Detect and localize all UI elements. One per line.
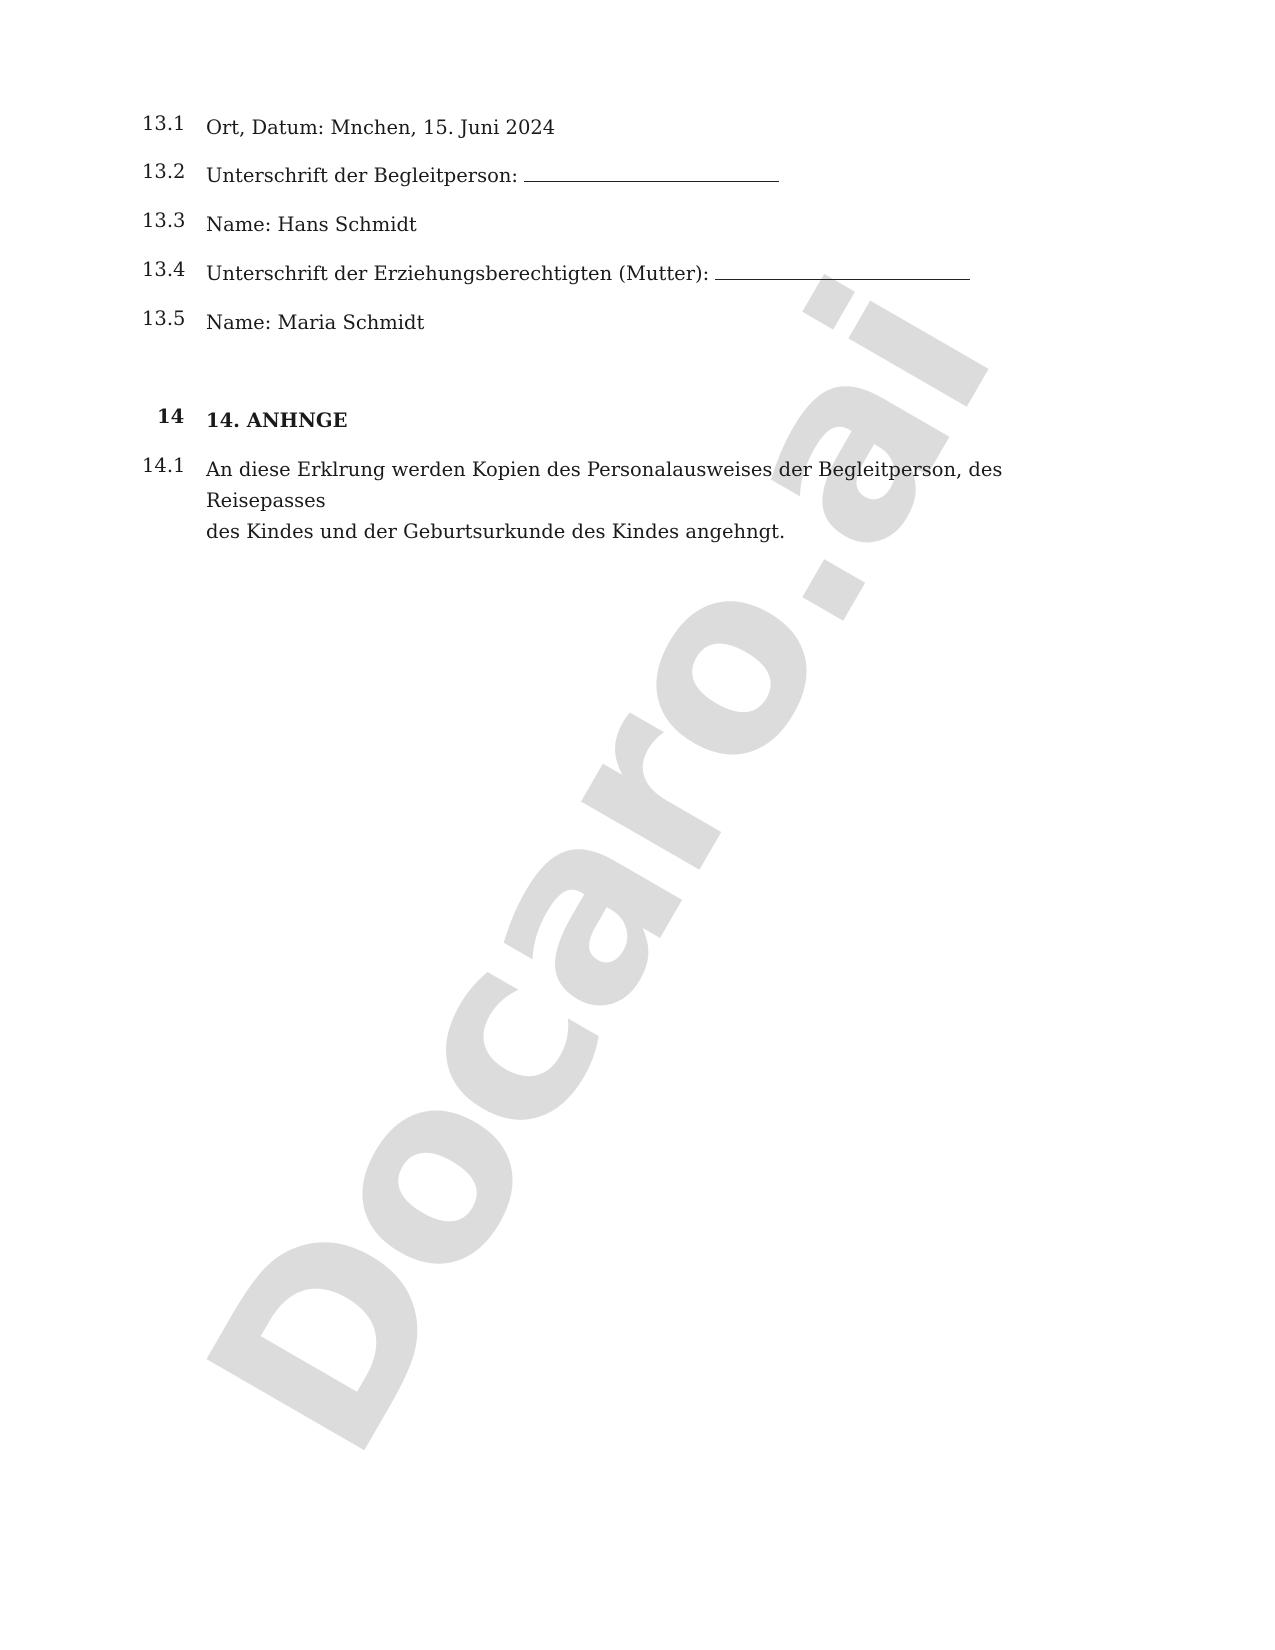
- item-text: Name: Hans Schmidt: [206, 209, 1126, 240]
- item-text-with-signature: Unterschrift der Erziehungsberechtigten …: [206, 258, 1126, 289]
- item-number: 13.4: [142, 258, 194, 281]
- signature-line: [524, 163, 779, 182]
- item-text: Unterschrift der Erziehungsberechtigten …: [206, 262, 709, 285]
- item-text: Name: Maria Schmidt: [206, 307, 1126, 338]
- item-text: Ort, Datum: Mnchen, 15. Juni 2024: [206, 112, 1126, 143]
- item-text-with-signature: Unterschrift der Begleitperson:: [206, 160, 1126, 191]
- section-title: 14. ANHNGE: [206, 405, 1126, 436]
- item-number: 13.1: [142, 112, 194, 135]
- item-number: 13.2: [142, 160, 194, 183]
- item-text: An diese Erklrung werden Kopien des Pers…: [206, 454, 1126, 547]
- item-number: 14.1: [142, 454, 194, 477]
- watermark: Docaro.ai: [0, 0, 1275, 1650]
- signature-line: [715, 261, 970, 280]
- section-number: 14: [157, 405, 209, 428]
- item-number: 13.5: [142, 307, 194, 330]
- item-number: 13.3: [142, 209, 194, 232]
- item-text: Unterschrift der Begleitperson:: [206, 164, 518, 187]
- watermark-text: Docaro.ai: [170, 250, 1030, 1489]
- item-text-line-2: des Kindes und der Geburtsurkunde des Ki…: [206, 520, 785, 543]
- document-page: Docaro.ai 13.1 Ort, Datum: Mnchen, 15. J…: [0, 0, 1275, 1650]
- item-text-line-1: An diese Erklrung werden Kopien des Pers…: [206, 458, 1002, 512]
